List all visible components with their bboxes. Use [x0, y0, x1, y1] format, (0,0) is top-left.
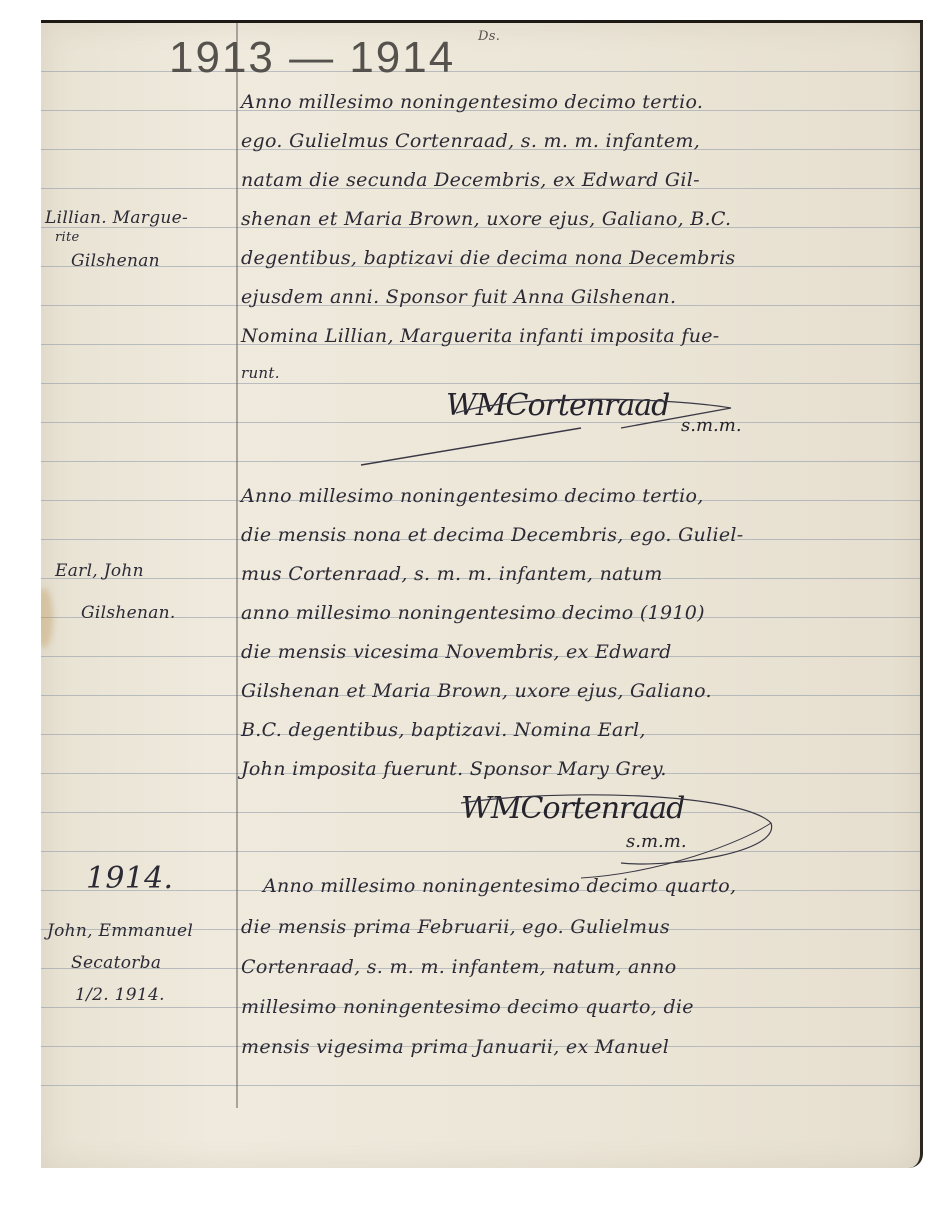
entry-1-line-5: degentibus, baptizavi die decima nona De…: [241, 247, 735, 269]
entry-3-line-4: millesimo noningentesimo decimo quarto, …: [241, 996, 694, 1018]
entry-1-margin-name-line-2: rite: [55, 230, 80, 245]
entry-2-line-6: Gilshenan et Maria Brown, uxore ejus, Ga…: [241, 680, 712, 702]
entry-1-line-1: Anno millesimo noningentesimo decimo ter…: [241, 91, 703, 113]
entry-3-line-2: die mensis prima Februarii, ego. Gulielm…: [241, 916, 670, 938]
entry-3-line-1: Anno millesimo noningentesimo decimo qua…: [263, 875, 736, 897]
entry-1-margin-name-line-3: Gilshenan: [71, 251, 160, 271]
entry-2-line-5: die mensis vicesima Novembris, ex Edward: [241, 641, 672, 663]
entry-3-margin-name-line-1: John, Emmanuel: [47, 921, 193, 941]
entry-1-margin-name-line-1: Lillian. Margue-: [45, 208, 188, 228]
entry-2-margin-name-line-1: Earl, John: [55, 561, 144, 581]
entry-2-line-8: John imposita fuerunt. Sponsor Mary Grey…: [241, 758, 667, 780]
entry-1-line-2: ego. Gulielmus Cortenraad, s. m. m. infa…: [241, 130, 700, 152]
entry-3-margin-name-line-3: 1/2. 1914.: [75, 985, 165, 1005]
entry-1-line-3: natam die secunda Decembris, ex Edward G…: [241, 169, 700, 191]
signature-flourish-icon: [341, 373, 761, 473]
entry-1-line-7: Nomina Lillian, Marguerita infanti impos…: [241, 325, 720, 347]
ruled-line: [41, 1085, 920, 1086]
register-page: 1913 — 1914 Ds. Lillian. Margue- rite Gi…: [41, 20, 923, 1168]
margin-line: [236, 23, 238, 1108]
entry-3-year-heading: 1914.: [86, 861, 173, 896]
entry-2-line-1: Anno millesimo noningentesimo decimo ter…: [241, 485, 704, 507]
entry-3-margin-name-line-2: Secatorba: [71, 953, 161, 973]
entry-3-line-5: mensis vigesima prima Januarii, ex Manue…: [241, 1036, 669, 1058]
entry-2-line-4: anno millesimo noningentesimo decimo (19…: [241, 602, 705, 624]
entry-3-line-3: Cortenraad, s. m. m. infantem, natum, an…: [241, 956, 676, 978]
entry-1-line-6: ejusdem anni. Sponsor fuit Anna Gilshena…: [241, 286, 676, 308]
page-heading-superscript: Ds.: [478, 29, 500, 44]
entry-2-margin-name-line-2: Gilshenan.: [81, 603, 176, 623]
signature-flourish-icon: [441, 783, 821, 883]
entry-2-line-3: mus Cortenraad, s. m. m. infantem, natum: [241, 563, 663, 585]
paper-stain: [41, 588, 53, 648]
page-years-heading: 1913 — 1914: [169, 33, 455, 83]
entry-2-line-2: die mensis nona et decima Decembris, ego…: [241, 524, 743, 546]
entry-1-line-4: shenan et Maria Brown, uxore ejus, Galia…: [241, 208, 731, 230]
entry-1-line-8: runt.: [241, 364, 280, 382]
entry-2-line-7: B.C. degentibus, baptizavi. Nomina Earl,: [241, 719, 646, 741]
